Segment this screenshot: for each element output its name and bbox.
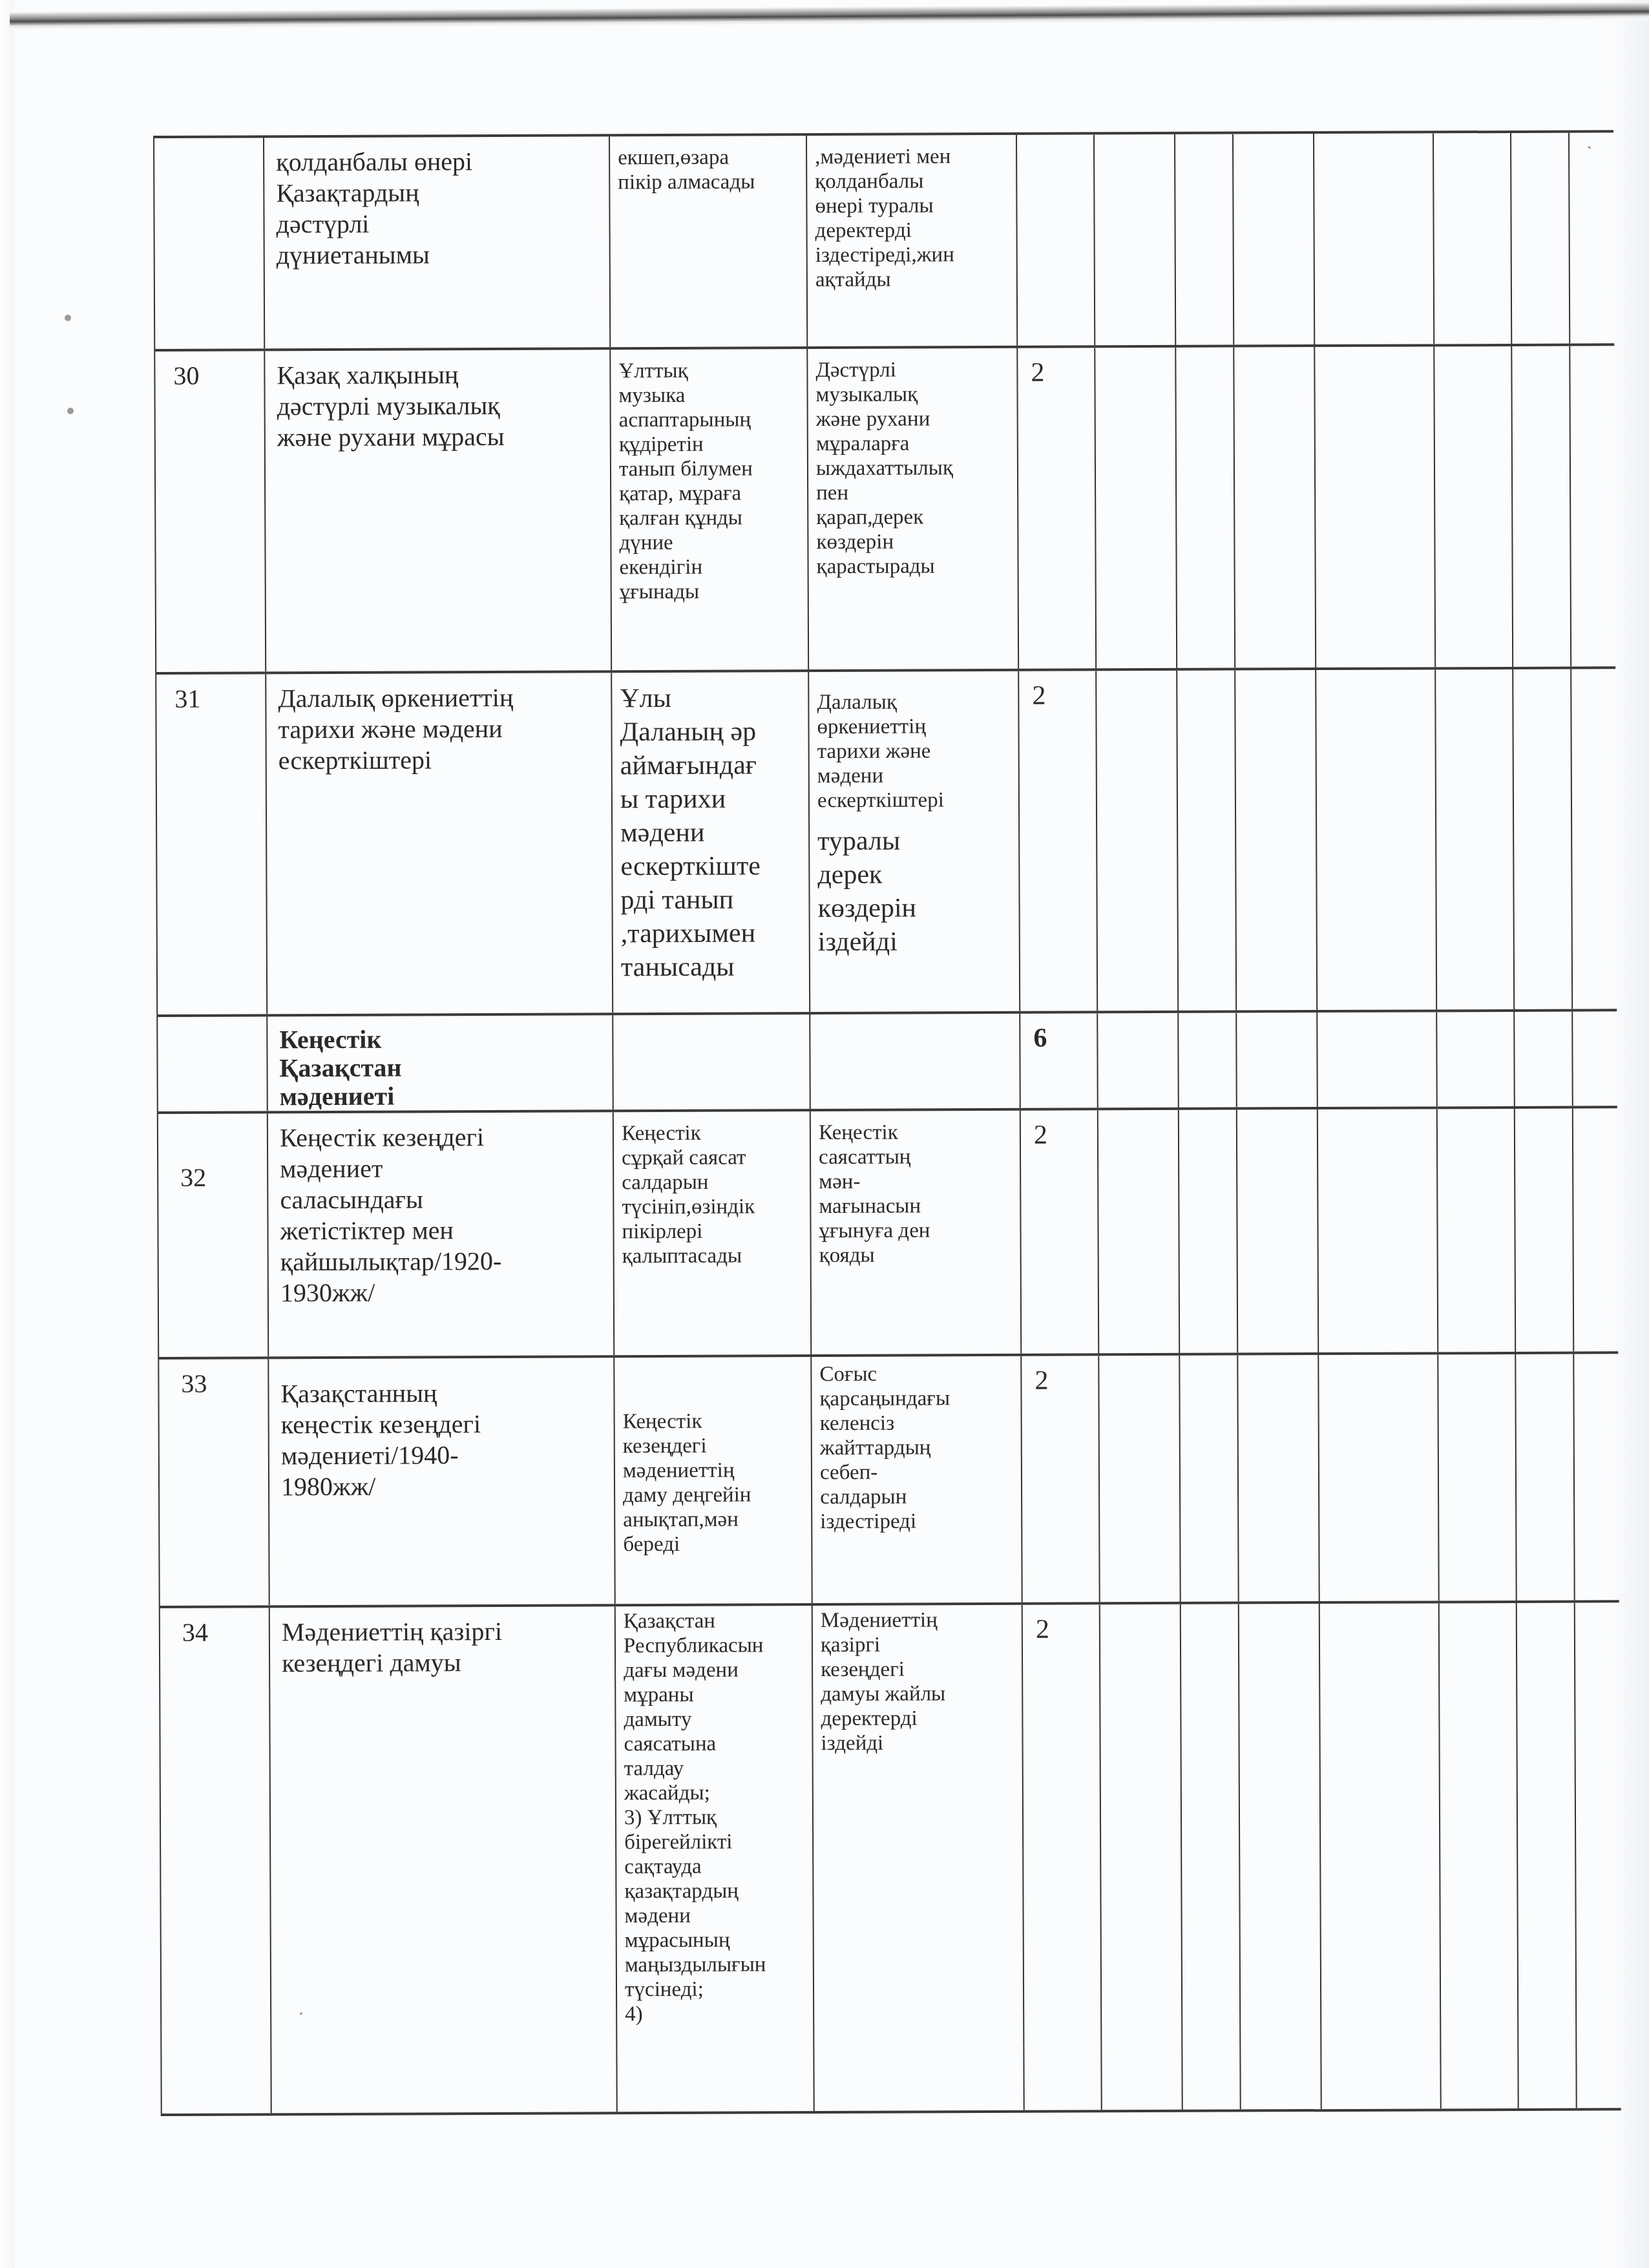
empty-cell — [1568, 132, 1624, 343]
row-hours: 2 — [1022, 1604, 1101, 2110]
row-hours: 2 — [1016, 348, 1095, 668]
row-number — [156, 1016, 267, 1111]
empty-cell — [1235, 1013, 1317, 1107]
empty-cell — [1437, 1354, 1515, 1601]
empty-cell — [1095, 671, 1177, 1011]
empty-cell — [1315, 669, 1436, 1010]
table-row: 30 Қазақ халқының дәстүрлі музыкалық жән… — [154, 343, 1615, 672]
empty-cell — [1573, 1354, 1628, 1600]
empty-cell — [1436, 1012, 1514, 1106]
row-hours — [1016, 134, 1094, 345]
empty-cell — [1099, 1604, 1182, 2110]
empty-cell — [1515, 1354, 1573, 1601]
empty-cell — [1571, 1011, 1627, 1106]
empty-cell — [1512, 669, 1571, 1009]
empty-cell — [1511, 346, 1570, 667]
empty-cell — [1176, 671, 1235, 1011]
row-topic: Қазақстанның кеңестік кезеңдегі мәдениет… — [268, 1358, 614, 1605]
empty-cell — [1174, 134, 1233, 345]
empty-cell — [1569, 346, 1625, 666]
section-title: Кеңестік Қазақстан мәдениеті — [266, 1015, 613, 1111]
row-number — [153, 138, 264, 349]
empty-cell — [1233, 347, 1315, 667]
row-topic: Кеңестік кезеңдегі мәдениет саласындағы … — [267, 1112, 613, 1356]
empty-cell — [1237, 1355, 1318, 1601]
row-hours: 2 — [1020, 1356, 1098, 1602]
empty-cell — [1094, 348, 1176, 668]
row-topic: Далалық өркениеттің тарихи және мәдени е… — [265, 673, 612, 1014]
row-number: 33 — [158, 1359, 268, 1606]
row-activity — [809, 1014, 1020, 1109]
row-activity: Кеңестік саясаттың мән- мағынасын ұғынуғ… — [810, 1111, 1020, 1354]
empty-cell — [1175, 348, 1234, 668]
row-objective: Кеңестік сұрқай саясат салдарын түсініп,… — [613, 1111, 810, 1355]
section-row: Кеңестік Қазақстан мәдениеті 6 — [156, 1009, 1617, 1111]
empty-cell — [1097, 1013, 1178, 1108]
empty-cell — [1513, 1012, 1572, 1106]
row-number: 31 — [155, 674, 266, 1014]
empty-cell — [1313, 133, 1433, 344]
empty-cell — [1098, 1356, 1179, 1602]
empty-cell — [1570, 669, 1626, 1009]
row-activity: ,мәдениеті мен қолданбалы өнері туралы д… — [806, 135, 1016, 346]
table-row: 31 Далалық өркениеттің тарихи және мәден… — [155, 666, 1617, 1014]
margin-dot — [65, 315, 71, 321]
empty-cell — [1314, 346, 1434, 667]
empty-cell — [1316, 1012, 1436, 1107]
table-row: 33 Қазақстанның кеңестік кезеңдегі мәден… — [158, 1351, 1619, 1606]
empty-cell — [1572, 1108, 1628, 1351]
empty-cell — [1179, 1356, 1237, 1602]
empty-cell — [1317, 1109, 1437, 1352]
row-objective: Ұлттық музыка аспаптарының құдіретін тан… — [609, 349, 808, 670]
row-activity: Соғыс қарсаңындағы келенсіз жайттардың с… — [810, 1356, 1021, 1603]
scan-top-edge — [10, 2, 1649, 30]
table-row: 34 Мәдениеттің қазіргі кезеңдегі дамуы Қ… — [159, 1600, 1621, 2116]
empty-cell — [1178, 1110, 1237, 1353]
empty-cell — [1510, 133, 1569, 344]
empty-cell — [1514, 1109, 1573, 1352]
row-activity-part2: туралы дерек көздерін іздейді — [817, 824, 1014, 959]
empty-cell — [1436, 1109, 1515, 1352]
table-row: 32 Кеңестік кезеңдегі мәдениет саласында… — [157, 1106, 1618, 1357]
row-activity: Далалық өркениеттің тарихи және мәдени е… — [808, 671, 1019, 1012]
empty-cell — [1433, 346, 1512, 667]
row-objective: Ұлы Даланың әр аймағындағ ы тарихи мәден… — [611, 672, 809, 1013]
row-activity: Дәстүрлі музыкалық және рухани мұраларға… — [806, 348, 1018, 669]
empty-cell — [1438, 1603, 1518, 2108]
empty-cell — [1238, 1604, 1321, 2109]
row-activity-part1: Далалық өркениеттің тарихи және мәдени е… — [817, 689, 1013, 813]
row-number: 32 — [157, 1113, 268, 1357]
row-topic: қолданбалы өнері Қазақтардың дәстүрлі дү… — [263, 136, 609, 348]
empty-cell — [1177, 1013, 1236, 1108]
row-objective: Қазақстан Республикасын дағы мәдени мұра… — [614, 1606, 814, 2112]
row-topic: Қазақ халқының дәстүрлі музыкалық және р… — [264, 350, 611, 671]
section-hours: 6 — [1019, 1013, 1097, 1108]
empty-cell — [1236, 1109, 1318, 1352]
row-objective: екшеп,өзара пікір алмасады — [609, 136, 806, 347]
row-activity: Мәдениеттің қазіргі кезеңдегі дамуы жайл… — [812, 1605, 1024, 2111]
empty-cell — [1234, 670, 1316, 1010]
table-row: қолданбалы өнері Қазақтардың дәстүрлі дү… — [153, 130, 1614, 349]
empty-cell — [1319, 1603, 1440, 2109]
row-topic: Мәдениеттің қазіргі кезеңдегі дамуы — [269, 1606, 616, 2113]
row-number: 34 — [159, 1608, 271, 2114]
empty-cell — [1516, 1603, 1576, 2108]
margin-dot — [67, 408, 74, 414]
scan-left-edge — [0, 0, 14, 2268]
row-hours: 2 — [1018, 671, 1097, 1011]
empty-cell — [1318, 1354, 1438, 1601]
empty-cell — [1093, 134, 1175, 345]
empty-cell — [1433, 133, 1511, 344]
row-objective: Кеңестік кезеңдегі мәдениеттің даму деңг… — [613, 1357, 811, 1604]
row-hours: 2 — [1020, 1110, 1098, 1353]
empty-cell — [1574, 1602, 1631, 2108]
empty-cell — [1232, 134, 1314, 344]
row-number: 30 — [154, 351, 265, 672]
curriculum-table: қолданбалы өнері Қазақтардың дәстүрлі дү… — [153, 130, 1621, 2116]
row-objective — [612, 1014, 810, 1109]
empty-cell — [1097, 1110, 1179, 1353]
empty-cell — [1180, 1604, 1240, 2110]
empty-cell — [1434, 669, 1513, 1009]
